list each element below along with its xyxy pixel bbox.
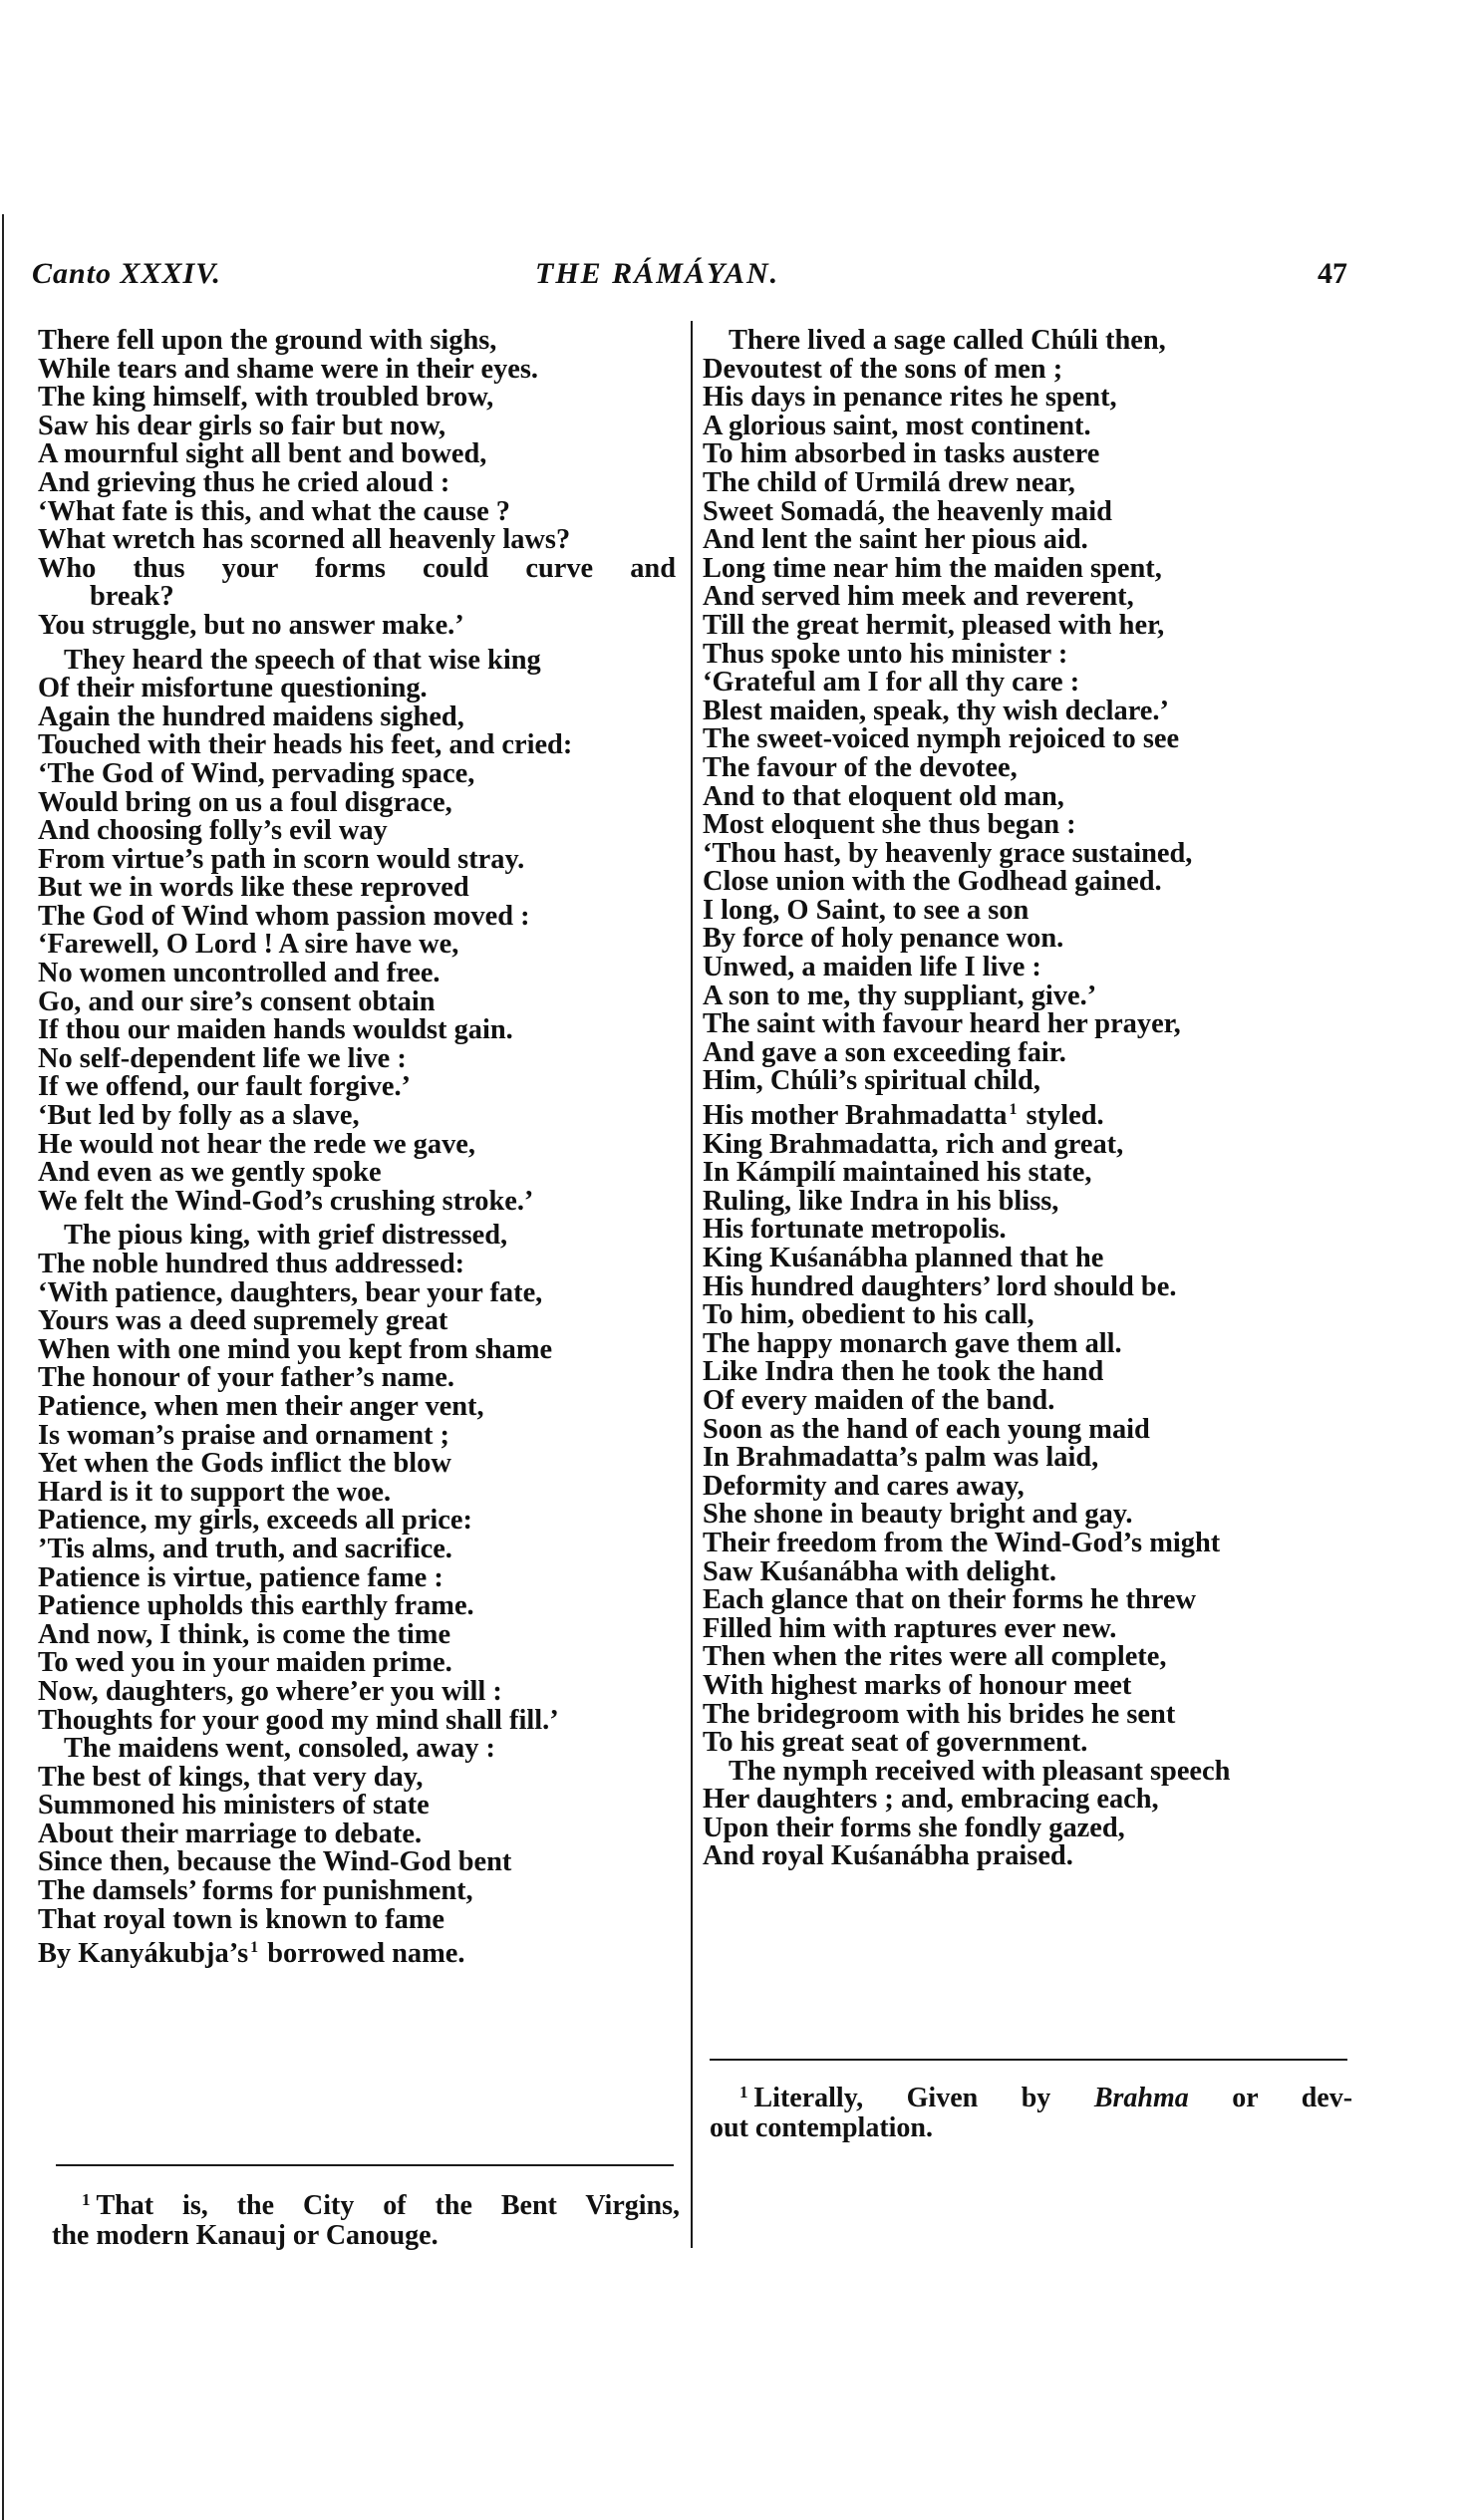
verse-line: Patience upholds this earthly frame. [38,1592,676,1621]
verse-line: And now, I think, is come the time [38,1621,676,1650]
verse-line: Yours was a deed supremely great [38,1307,676,1336]
verse-line: Close union with the Godhead gained. [703,868,1360,897]
verse-line: Long time near him the maiden spent, [703,555,1360,584]
verse-line: The best of kings, that very day, [38,1764,676,1793]
verse-line: The God of Wind whom passion moved : [38,903,676,932]
canto-label: Canto XXXIV. [32,257,221,291]
verse-line: You struggle, but no answer make.’ [38,612,676,641]
stanza-opening-line: The nymph received with pleasant speech [703,1758,1360,1787]
italic-term: Brahma [1094,2083,1189,2113]
verse-line: Their freedom from the Wind-God’s might [703,1530,1360,1558]
verse-line: Would bring on us a foul disgrace, [38,789,676,818]
verse-line: Him, Chúli’s spiritual child, [703,1067,1360,1096]
page-number: 47 [1318,257,1347,291]
verse-line: Like Indra then he took the hand [703,1358,1360,1387]
stanza-opening-line: There lived a sage called Chúli then, [703,327,1360,356]
verse-line: There fell upon the ground with sighs, [38,327,676,356]
footnote-rule [56,2164,674,2166]
footnote-left: 1That is, the City of the Bent Virgins, … [52,2185,680,2251]
verse-line: Now, daughters, go where’er you will : [38,1678,676,1707]
verse-line: If we offend, our fault forgive.’ [38,1073,676,1102]
verse-line: And grieving thus he cried aloud : [38,469,676,498]
verse-line: And even as we gently spoke [38,1159,676,1188]
verse-line: The happy monarch gave them all. [703,1330,1360,1359]
stanza-opening-line: They heard the speech of that wise king [38,647,676,676]
verse-line: ‘Thou hast, by heavenly grace sustained, [703,840,1360,869]
verse-line: Sweet Somadá, the heavenly maid [703,498,1360,527]
footnote-mark: 1 [739,2083,748,2101]
verse-line: When with one mind you kept from shame [38,1336,676,1365]
verse-line: The noble hundred thus addressed: [38,1251,676,1279]
verse-line: Deformity and cares away, [703,1473,1360,1502]
verse-line: To him absorbed in tasks austere [703,440,1360,469]
verse-line: Who thus your forms could curve and [38,555,676,584]
verse-line: Ruling, like Indra in his bliss, [703,1188,1360,1217]
verse-line: King Brahmadatta, rich and great, [703,1131,1360,1160]
footnote-mark: 1 [82,2190,91,2209]
verse-line: Patience, when men their anger vent, [38,1393,676,1422]
verse-line: From virtue’s path in scorn would stray. [38,846,676,875]
verse-line-continuation: break? [38,583,676,612]
verse-line: Of every maiden of the band. [703,1387,1360,1416]
verse-line: And choosing folly’s evil way [38,817,676,846]
verse-line: Upon their forms she fondly gazed, [703,1815,1360,1843]
verse-line: The favour of the devotee, [703,754,1360,783]
verse-line: About their marriage to debate. [38,1820,676,1849]
verse-line: The sweet-voiced nymph rejoiced to see [703,725,1360,754]
verse-line: To his great seat of government. [703,1729,1360,1758]
footnote-reference[interactable]: 1 [250,1939,258,1956]
verse-line: Her daughters ; and, embracing each, [703,1786,1360,1815]
book-title: THE RÁMÁYAN. [535,257,779,291]
verse-line: Hard is it to support the woe. [38,1479,676,1508]
verse-line: The saint with favour heard her prayer, [703,1010,1360,1039]
verse-line: Most eloquent she thus began : [703,811,1360,840]
verse-line: Thoughts for your good my mind shall fil… [38,1707,676,1736]
verse-line-with-footnote: His mother Brahmadatta1 styled. [703,1096,1360,1131]
running-head: Canto XXXIV. THE RÁMÁYAN. 47 [32,257,1347,297]
verse-line: And to that eloquent old man, [703,783,1360,812]
verse-line: To wed you in your maiden prime. [38,1649,676,1678]
verse-line: ‘Grateful am I for all thy care : [703,669,1360,698]
verse-line: Since then, because the Wind-God bent [38,1848,676,1877]
verse-line: In Kámpilí maintained his state, [703,1159,1360,1188]
verse-line: And gave a son exceeding fair. [703,1039,1360,1068]
column-divider [691,321,693,2248]
verse-line-with-footnote: By Kanyákubja’s1 borrowed name. [38,1934,676,1969]
scan-page-edge [2,214,4,2520]
verse-line: His hundred daughters’ lord should be. [703,1273,1360,1302]
verse-line: She shone in beauty bright and gay. [703,1501,1360,1530]
left-column: There fell upon the ground with sighs, W… [38,327,676,1969]
verse-line: What wretch has scorned all heavenly law… [38,526,676,555]
verse-line: Thus spoke unto his minister : [703,641,1360,670]
verse-line: With highest marks of honour meet [703,1672,1360,1701]
verse-line: And served him meek and reverent, [703,583,1360,612]
verse-line: His days in penance rites he spent, [703,384,1360,413]
verse-line: While tears and shame were in their eyes… [38,356,676,385]
verse-line: ‘Farewell, O Lord ! A sire have we, [38,931,676,960]
verse-line: King Kuśanábha planned that he [703,1245,1360,1273]
footnote-rule [710,2059,1347,2061]
verse-line: Saw Kuśanábha with delight. [703,1558,1360,1587]
verse-line: Devoutest of the sons of men ; [703,356,1360,385]
verse-line: Patience, my girls, exceeds all price: [38,1507,676,1536]
verse-line: A mournful sight all bent and bowed, [38,440,676,469]
verse-line: Summoned his ministers of state [38,1792,676,1820]
verse-line: The king himself, with troubled brow, [38,384,676,413]
footnote-reference[interactable]: 1 [1009,1101,1017,1118]
verse-line: No women uncontrolled and free. [38,960,676,988]
verse-line: Soon as the hand of each young maid [703,1416,1360,1445]
verse-line: Again the hundred maidens sighed, [38,703,676,732]
verse-line: And royal Kuśanábha praised. [703,1842,1360,1871]
verse-line: His fortunate metropolis. [703,1216,1360,1245]
verse-line: He would not hear the rede we gave, [38,1131,676,1160]
verse-line: Of their misfortune questioning. [38,675,676,703]
verse-line: ‘The God of Wind, pervading space, [38,760,676,789]
verse-line: Go, and our sire’s consent obtain [38,988,676,1017]
verse-line: I long, O Saint, to see a son [703,897,1360,926]
stanza-opening-line: The maidens went, consoled, away : [38,1735,676,1764]
verse-line: Yet when the Gods inflict the blow [38,1450,676,1479]
verse-line: But we in words like these reproved [38,874,676,903]
verse-line: Then when the rites were all complete, [703,1643,1360,1672]
right-column: There lived a sage called Chúli then, De… [703,327,1360,1871]
verse-line: Saw his dear girls so fair but now, [38,413,676,441]
verse-line: We felt the Wind-God’s crushing stroke.’ [38,1188,676,1217]
verse-line: The honour of your father’s name. [38,1364,676,1393]
verse-line: If thou our maiden hands wouldst gain. [38,1016,676,1045]
footnote-right: 1Literally, Given by Brahma or dev- out … [710,2078,1352,2143]
verse-line: Is woman’s praise and ornament ; [38,1422,676,1451]
verse-line: Touched with their heads his feet, and c… [38,731,676,760]
verse-line: Unwed, a maiden life I live : [703,954,1360,982]
verse-line: ‘But led by folly as a slave, [38,1102,676,1131]
verse-line: Blest maiden, speak, thy wish declare.’ [703,698,1360,726]
verse-line: A son to me, thy suppliant, give.’ [703,982,1360,1011]
verse-line: Filled him with raptures ever new. [703,1615,1360,1644]
verse-line: In Brahmadatta’s palm was laid, [703,1444,1360,1473]
verse-line: Patience is virtue, patience fame : [38,1564,676,1593]
verse-line: No self-dependent life we live : [38,1045,676,1074]
verse-line: Till the great hermit, pleased with her, [703,612,1360,641]
verse-line: To him, obedient to his call, [703,1301,1360,1330]
verse-line: A glorious saint, most continent. [703,413,1360,441]
stanza-opening-line: The pious king, with grief distressed, [38,1222,676,1251]
verse-line: Each glance that on their forms he threw [703,1586,1360,1615]
verse-line: The bridegroom with his brides he sent [703,1701,1360,1730]
verse-line: By force of holy penance won. [703,925,1360,954]
verse-line: The child of Urmilá drew near, [703,469,1360,498]
verse-line: ‘With patience, daughters, bear your fat… [38,1279,676,1308]
verse-line: ‘What fate is this, and what the cause ? [38,498,676,527]
verse-line: The damsels’ forms for punishment, [38,1877,676,1906]
verse-line: That royal town is known to fame [38,1906,676,1935]
verse-line: And lent the saint her pious aid. [703,526,1360,555]
verse-line: ’Tis alms, and truth, and sacrifice. [38,1536,676,1564]
